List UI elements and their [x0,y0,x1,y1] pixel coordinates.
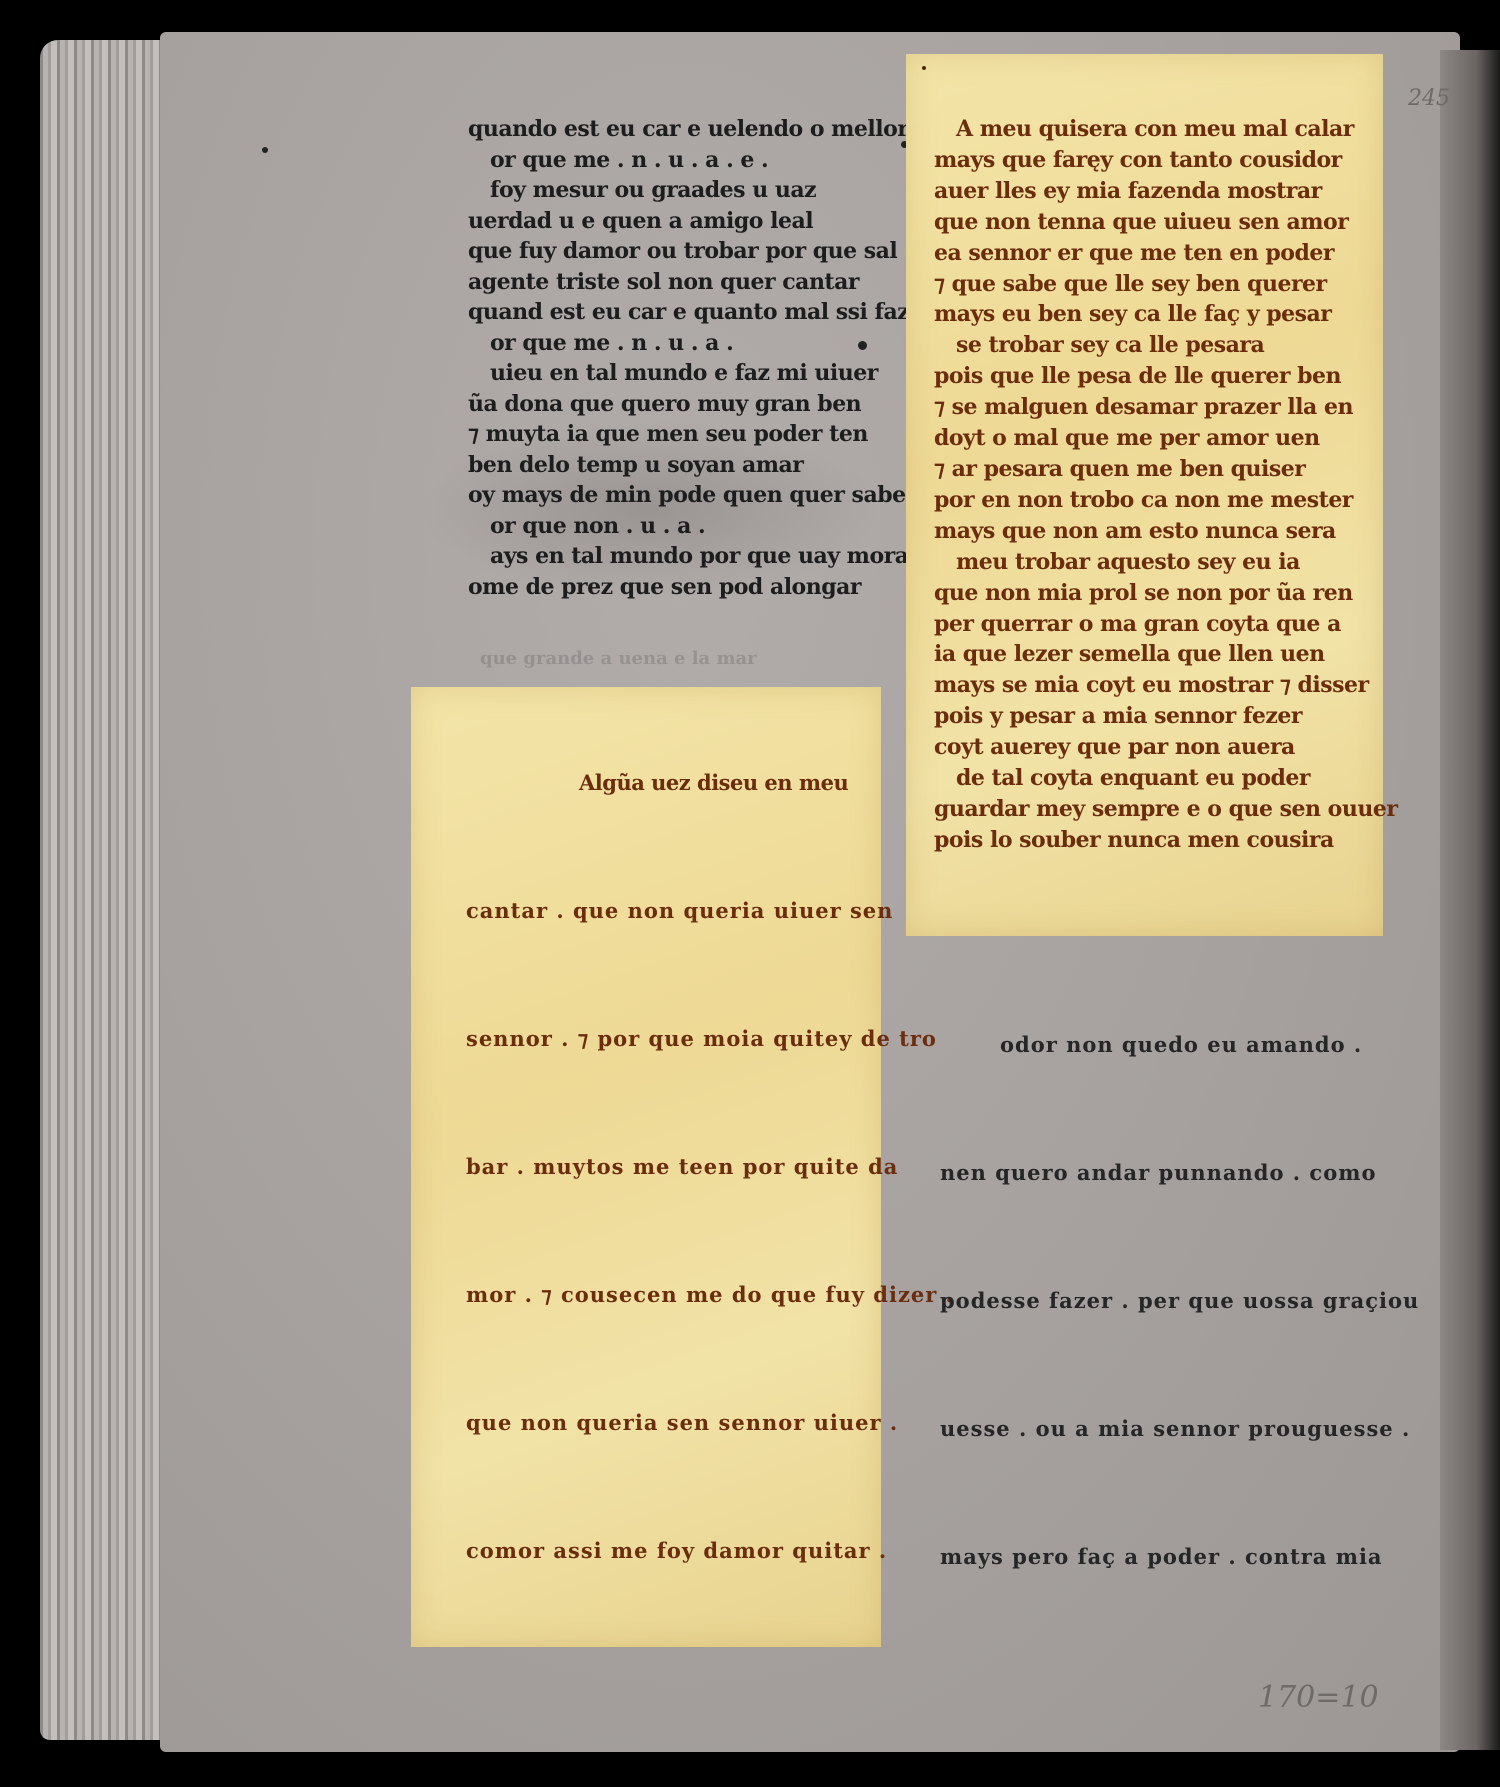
refrain-line: or que non . u . a . [468,511,920,542]
ink-dot [922,66,926,70]
verse-line: coyt auerey que par non auera [934,732,1397,763]
folio-number-top: 245 [1408,86,1450,111]
verse-line: A meu quisera con meu mal calar [934,114,1397,145]
column-right-highlight: A meu quisera con meu mal calar mays que… [934,114,1397,856]
prose-line: Algũa uez diseu en meu [579,768,848,799]
prose-line: mays pero faç a poder . contra mia [940,1542,1383,1573]
prose-line: mor . ⁊ cousecen me do que fuy dizer . [466,1280,954,1311]
verse-line: mays que non am esto nunca sera [934,516,1397,547]
verse-line: mays se mia coyt eu mostrar ⁊ disser [934,670,1397,701]
verse-line: ⁊ ar pesara quen me ben quiser [934,454,1397,485]
verse-line: quand est eu car e quanto mal ssi faz [468,297,920,328]
prose-line: uesse . ou a mia sennor prouguesse . [940,1414,1410,1445]
prose-line: cantar . que non queria uiuer sen [466,896,893,927]
verse-line: ũa dona que quero muy gran ben [468,389,920,420]
book-page-edges [40,40,170,1740]
prose-line: que non queria sen sennor uiuer . [466,1408,898,1439]
prose-line: comor assi me foy damor quitar . [466,1536,887,1567]
verse-line: que fuy damor ou trobar por que sal [468,236,920,267]
verse-line: meu trobar aquesto sey eu ia [934,547,1397,578]
verse-line: pois lo souber nunca men cousira [934,825,1397,856]
verse-line: per querrar o ma gran coyta que a [934,609,1397,640]
verse-line: se trobar sey ca lle pesara [934,330,1397,361]
verse-line: auer lles ey mia fazenda mostrar [934,176,1397,207]
verse-line: ⁊ se malguen desamar prazer lla en [934,392,1397,423]
verse-line: ⁊ que sabe que lle sey ben querer [934,269,1397,300]
verse-line: ben delo temp u soyan amar [468,450,920,481]
verse-line: ome de prez que sen pod alongar [468,572,920,603]
folio-number-bottom: 170=10 [1258,1680,1379,1715]
verse-line: uerdad u e quen a amigo leal [468,206,920,237]
verse-line: doyt o mal que me per amor uen [934,423,1397,454]
verse-line: de tal coyta enquant eu poder [934,763,1397,794]
verse-line: ays en tal mundo por que uay morar [468,541,920,572]
verse-line: oy mays de min pode quen quer saber [468,480,920,511]
prose-line: bar . muytos me teen por quite da [466,1152,898,1183]
verse-line: mays que faręy con tanto cousidor [934,145,1397,176]
verse-line: ⁊ muyta ia que men seu poder ten [468,419,920,450]
prose-line: podesse fazer . per que uossa graçiou [940,1286,1419,1317]
refrain-line: or que me . n . u . a . [468,328,920,359]
verse-line: quando est eu car e uelendo o mellor [468,114,920,145]
prose-line: odor non quedo eu amando . [1000,1030,1362,1061]
verse-line: que non mia prol se non por ũa ren [934,578,1397,609]
refrain-line: or que me . n . u . a . e . [468,145,920,176]
verse-line: pois que lle pesa de lle querer ben [934,361,1397,392]
verse-line: uieu en tal mundo e faz mi uiuer [468,358,920,389]
column-left-top: quando est eu car e uelendo o mellor or … [468,114,920,602]
verse-line: pois y pesar a mia sennor fezer [934,701,1397,732]
ink-dot [262,147,268,153]
prose-line: nen quero andar punnando . como [940,1158,1376,1189]
verse-line: agente triste sol non quer cantar [468,267,920,298]
verse-line: foy mesur ou graades u uaz [468,175,920,206]
verse-line: por en non trobo ca non me mester [934,485,1397,516]
verse-line: ea sennor er que me ten en poder [934,238,1397,269]
prose-line: sennor . ⁊ por que moia quitey de tro [466,1024,937,1055]
bleed-through-line: que grande a uena e la mar [480,648,757,669]
gutter-shadow [1440,50,1500,1750]
verse-line: mays eu ben sey ca lle faç y pesar [934,299,1397,330]
verse-line: que non tenna que uiueu sen amor [934,207,1397,238]
verse-line: ia que lezer semella que llen uen [934,639,1397,670]
verse-line: guardar mey sempre e o que sen ouuer [934,794,1397,825]
